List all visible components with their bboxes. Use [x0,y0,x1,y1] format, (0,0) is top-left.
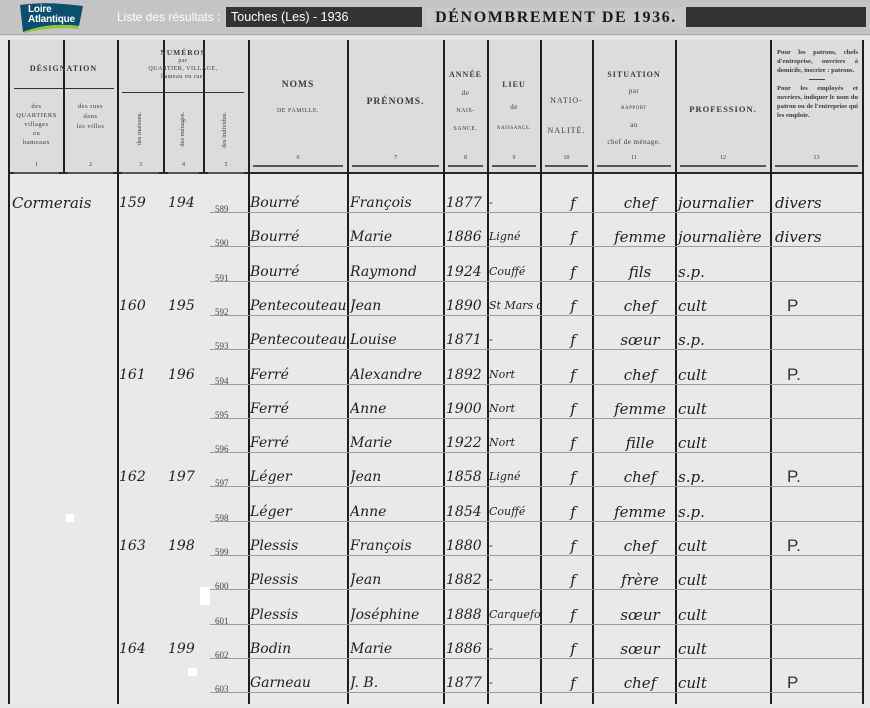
row-rule-line [210,212,862,213]
header-col-1: des QUARTIERS villages ou hameaux 1 [10,84,63,174]
results-list-label: Liste des résultats : [117,10,220,24]
cell-situation: femme [605,503,675,521]
document-title: DÉNOMBREMENT DE 1936. [426,7,686,29]
cell-situation: sœur [605,606,675,624]
cell-nat: f [555,366,591,384]
cell-hameau: Cormerais [12,194,116,212]
cell-prenom: Louise [350,331,442,349]
cell-lieu: - [489,571,540,589]
cell-nom: Bourré [250,228,347,246]
cell-lieu: Nort [489,400,540,418]
cell-prenom: Jean [350,468,442,486]
cell-individu: 596 [215,440,247,458]
cell-menage: 195 [168,297,204,315]
cell-lieu: Ligné [489,468,540,486]
cell-nat: f [555,263,591,281]
cell-nat: f [555,674,591,692]
row-rule-line [210,452,862,453]
cell-annee: 1880 [446,537,487,555]
cell-profession: cult [678,434,770,452]
document-title-bar: DÉNOMBREMENT DE 1936. [426,7,866,27]
cell-nom: Pentecouteau [250,331,347,349]
cell-individu: 599 [215,543,247,561]
cell-profession: cult [678,674,770,692]
cell-situation: frère [605,571,675,589]
cell-profession: journalier [678,194,770,212]
header-brace [14,88,114,89]
cell-nat: f [555,331,591,349]
cell-menage: 199 [168,640,204,658]
cell-annee: 1871 [446,331,487,349]
cell-lieu: - [489,194,540,212]
header-designation: DÉSIGNATION [10,42,117,82]
cell-nat: f [555,228,591,246]
cell-patron: divers [775,228,861,246]
row-rule-line [210,315,862,316]
cell-lieu: - [489,537,540,555]
cell-profession: s.p. [678,468,770,486]
cell-nom: Ferré [250,434,347,452]
cell-profession: cult [678,297,770,315]
cell-prenom: François [350,537,442,555]
cell-nat: f [555,606,591,624]
cell-lieu: Carquefou [489,606,540,624]
header-col-8-annee: ANNÉE de NAIS- SANCE. 8 [444,42,487,167]
cell-nom: Garneau [250,674,347,692]
top-bar: Loire Atlantique Liste des résultats : T… [0,0,870,35]
cell-individu: 593 [215,337,247,355]
scan-speck [66,514,74,522]
cell-nom: Bodin [250,640,347,658]
cell-profession: cult [678,400,770,418]
cell-annee: 1882 [446,571,487,589]
cell-prenom: François [350,194,442,212]
row-rule-line [210,281,862,282]
cell-nat: f [555,537,591,555]
header-col-13-patron: Pour les patrons, chefs d'entreprise, ou… [771,42,862,167]
cell-profession: cult [678,366,770,384]
cell-maison: 160 [119,297,159,315]
cell-annee: 1892 [446,366,487,384]
row-rule-line [210,521,862,522]
cell-situation: chef [605,194,675,212]
cell-individu: 595 [215,406,247,424]
cell-annee: 1890 [446,297,487,315]
results-commune-year[interactable]: Touches (Les) - 1936 [226,7,422,27]
cell-prenom: Alexandre [350,366,442,384]
row-rule-line [210,486,862,487]
row-rule-line [210,624,862,625]
cell-nat: f [555,400,591,418]
cell-menage: 198 [168,537,204,555]
cell-prenom: Raymond [350,263,442,281]
cell-annee: 1888 [446,606,487,624]
cell-maison: 161 [119,366,159,384]
cell-lieu: St Mars du Désert [489,297,540,315]
cell-lieu: Couffé [489,263,540,281]
cell-individu: 601 [215,612,247,630]
cell-nat: f [555,434,591,452]
cell-maison: 159 [119,194,159,212]
cell-lieu: Ligné [489,228,540,246]
cell-individu: 598 [215,509,247,527]
cell-patron: P [787,297,870,315]
cell-patron: P. [787,366,870,384]
cell-maison: 163 [119,537,159,555]
cell-profession: s.p. [678,263,770,281]
cell-profession: s.p. [678,331,770,349]
cell-lieu: Nort [489,366,540,384]
cell-situation: chef [605,297,675,315]
cell-lieu: - [489,640,540,658]
cell-prenom: Anne [350,503,442,521]
cell-situation: fils [605,263,675,281]
scan-speck [188,668,197,676]
cell-situation: sœur [605,331,675,349]
cell-individu: 592 [215,303,247,321]
cell-nom: Bourré [250,263,347,281]
cell-annee: 1886 [446,640,487,658]
cell-situation: fille [605,434,675,452]
cell-nat: f [555,468,591,486]
row-rule-line [210,246,862,247]
cell-situation: chef [605,537,675,555]
row-rule-line [210,692,862,693]
header-col-10-nationalite: NATIO- NALITÉ. 10 [541,42,592,167]
cell-prenom: J. B. [350,674,442,692]
row-rule-line [210,589,862,590]
logo-text: Loire Atlantique [28,5,75,25]
cell-lieu: Nort [489,434,540,452]
cell-nat: f [555,640,591,658]
cell-individu: 597 [215,474,247,492]
header-col-12-profession: PROFESSION. 12 [676,42,770,167]
cell-patron: divers [775,194,861,212]
cell-lieu: - [489,331,540,349]
cell-nom: Plessis [250,606,347,624]
header-col-9-lieu: LIEU de NAISSANCE. 9 [488,42,540,167]
cell-nat: f [555,571,591,589]
cell-annee: 1877 [446,194,487,212]
header-col-5: des individus. 5 [204,92,248,174]
cell-annee: 1922 [446,434,487,452]
scan-speck [200,587,210,605]
cell-nom: Léger [250,468,347,486]
header-col-6-noms: NOMS DE FAMILLE. 6 [249,42,347,167]
cell-patron: P. [787,468,870,486]
cell-patron: P [787,674,870,692]
cell-nat: f [555,503,591,521]
cell-situation: femme [605,228,675,246]
cell-nat: f [555,297,591,315]
cell-profession: cult [678,571,770,589]
cell-nom: Bourré [250,194,347,212]
cell-individu: 591 [215,269,247,287]
cell-individu: 590 [215,234,247,252]
cell-prenom: Jean [350,571,442,589]
header-col-3: des maisons. 3 [118,92,163,174]
cell-annee: 1886 [446,228,487,246]
cell-individu: 589 [215,200,247,218]
cell-nom: Plessis [250,571,347,589]
cell-maison: 162 [119,468,159,486]
cell-situation: sœur [605,640,675,658]
cell-situation: femme [605,400,675,418]
cell-profession: journalière [678,228,770,246]
loire-atlantique-logo[interactable]: Loire Atlantique [17,2,85,33]
cell-annee: 1854 [446,503,487,521]
cell-individu: 603 [215,680,247,698]
cell-menage: 194 [168,194,204,212]
cell-nom: Ferré [250,366,347,384]
cell-maison: 164 [119,640,159,658]
cell-nom: Léger [250,503,347,521]
cell-menage: 197 [168,468,204,486]
row-rule-line [210,349,862,350]
cell-situation: chef [605,674,675,692]
header-col-11-situation: SITUATION par RAPPORT au chef de ménage.… [593,42,675,167]
cell-annee: 1858 [446,468,487,486]
cell-nat: f [555,194,591,212]
cell-prenom: Anne [350,400,442,418]
cell-prenom: Jean [350,297,442,315]
header-col-4: des ménages. 4 [164,92,203,174]
cell-situation: chef [605,468,675,486]
cell-prenom: Joséphine [350,606,442,624]
cell-annee: 1877 [446,674,487,692]
cell-nom: Ferré [250,400,347,418]
header-numeros: NUMÉROS par QUARTIER, VILLAGE, hameau ou… [118,42,248,92]
cell-prenom: Marie [350,640,442,658]
cell-annee: 1900 [446,400,487,418]
cell-prenom: Marie [350,434,442,452]
row-rule-line [210,658,862,659]
cell-individu: 594 [215,372,247,390]
row-rule-line [210,555,862,556]
cell-prenom: Marie [350,228,442,246]
cell-profession: cult [678,606,770,624]
cell-menage: 196 [168,366,204,384]
cell-profession: cult [678,640,770,658]
cell-individu: 600 [215,577,247,595]
cell-individu: 602 [215,646,247,664]
cell-situation: chef [605,366,675,384]
cell-nom: Plessis [250,537,347,555]
cell-annee: 1924 [446,263,487,281]
row-rule-line [210,384,862,385]
cell-patron: P. [787,537,870,555]
cell-profession: cult [678,537,770,555]
census-sheet: DÉSIGNATION des QUARTIERS villages ou ha… [0,36,870,708]
cell-profession: s.p. [678,503,770,521]
header-col-7-prenoms: PRÉNOMS. 7 [348,42,443,167]
cell-lieu: - [489,674,540,692]
cell-nom: Pentecouteau [250,297,347,315]
cell-lieu: Couffé [489,503,540,521]
header-col-2: des rues dans les villes 2 [64,84,117,174]
row-rule-line [210,418,862,419]
